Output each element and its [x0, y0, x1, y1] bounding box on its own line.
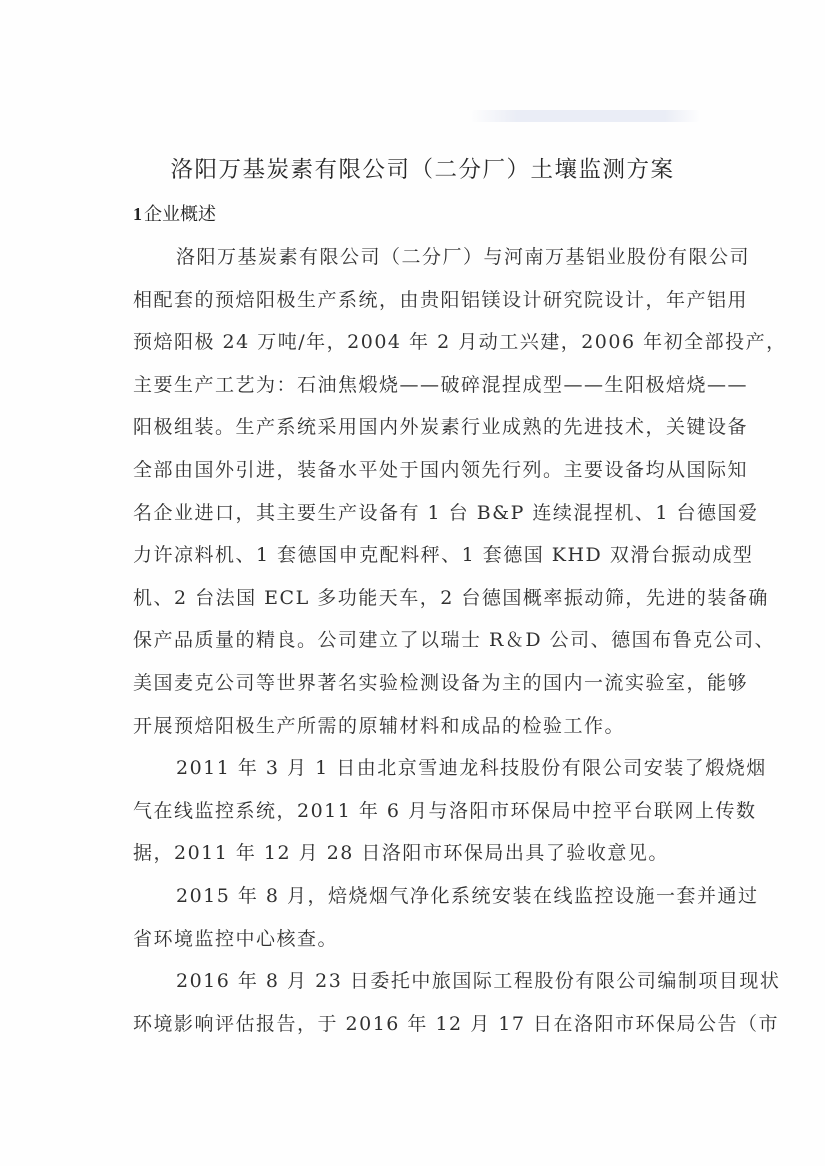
- document-page: 洛阳万基炭素有限公司（二分厂）土壤监测方案 1企业概述 洛阳万基炭素有限公司（二…: [0, 0, 825, 1166]
- text-line: 阳极组装。生产系统采用国内外炭素行业成熟的先进技术，关键设备: [133, 406, 713, 449]
- text-line: 机、2 台法国 ECL 多功能天车，2 台德国概率振动筛，先进的装备确: [133, 577, 713, 620]
- text-line: 名企业进口，其主要生产设备有 1 台 B&P 连续混捏机、1 台德国爱: [133, 492, 713, 535]
- text-line: 2015 年 8 月，焙烧烟气净化系统安装在线监控设施一套并通过: [133, 875, 713, 918]
- document-body: 洛阳万基炭素有限公司（二分厂）与河南万基铝业股份有限公司 相配套的预焙阳极生产系…: [133, 236, 713, 1045]
- section-number: 1: [133, 204, 142, 224]
- text-line: 气在线监控系统，2011 年 6 月与洛阳市环保局中控平台联网上传数: [133, 790, 713, 833]
- text-line: 主要生产工艺为：石油焦煅烧——破碎混捏成型——生阳极焙烧——: [133, 364, 713, 407]
- text-line: 据，2011 年 12 月 28 日洛阳市环保局出具了验收意见。: [133, 832, 713, 875]
- section-heading-text: 企业概述: [144, 204, 216, 225]
- paragraph-2015-monitoring: 2015 年 8 月，焙烧烟气净化系统安装在线监控设施一套并通过 省环境监控中心…: [133, 875, 713, 960]
- section-heading: 1企业概述: [133, 200, 216, 226]
- text-line: 洛阳万基炭素有限公司（二分厂）与河南万基铝业股份有限公司: [133, 236, 713, 279]
- text-line: 力许凉料机、1 套德国申克配料秤、1 套德国 KHD 双滑台振动成型: [133, 534, 713, 577]
- text-line: 2011 年 3 月 1 日由北京雪迪龙科技股份有限公司安装了煅烧烟: [133, 747, 713, 790]
- text-line: 开展预焙阳极生产所需的原辅材料和成品的检验工作。: [133, 705, 713, 748]
- document-title: 洛阳万基炭素有限公司（二分厂）土壤监测方案: [0, 152, 825, 184]
- text-line: 全部由国外引进，装备水平处于国内领先行列。主要设备均从国际知: [133, 449, 713, 492]
- text-line: 环境影响评估报告，于 2016 年 12 月 17 日在洛阳市环保局公告（市: [133, 1003, 713, 1046]
- scan-bleed-through: [470, 110, 700, 122]
- paragraph-2011-monitoring: 2011 年 3 月 1 日由北京雪迪龙科技股份有限公司安装了煅烧烟 气在线监控…: [133, 747, 713, 875]
- text-line: 保产品质量的精良。公司建立了以瑞士 R＆D 公司、德国布鲁克公司、: [133, 619, 713, 662]
- text-line: 美国麦克公司等世界著名实验检测设备为主的国内一流实验室，能够: [133, 662, 713, 705]
- text-line: 2016 年 8 月 23 日委托中旅国际工程股份有限公司编制项目现状: [133, 960, 713, 1003]
- text-line: 省环境监控中心核查。: [133, 918, 713, 961]
- paragraph-overview: 洛阳万基炭素有限公司（二分厂）与河南万基铝业股份有限公司 相配套的预焙阳极生产系…: [133, 236, 713, 747]
- paragraph-2016-assessment: 2016 年 8 月 23 日委托中旅国际工程股份有限公司编制项目现状 环境影响…: [133, 960, 713, 1045]
- text-line: 预焙阳极 24 万吨/年，2004 年 2 月动工兴建，2006 年初全部投产，: [133, 321, 713, 364]
- text-line: 相配套的预焙阳极生产系统，由贵阳铝镁设计研究院设计，年产铝用: [133, 279, 713, 322]
